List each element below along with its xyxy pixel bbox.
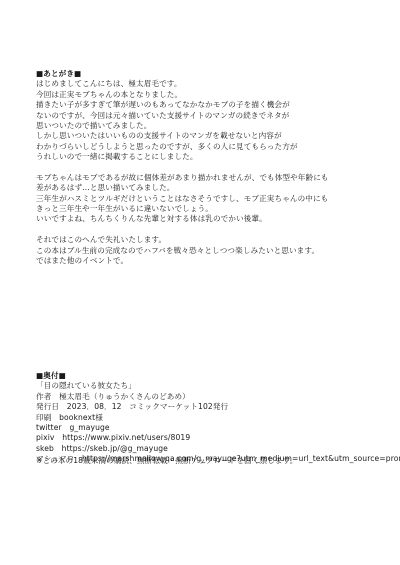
colophon-section: ■奥付■ 「目の隠れている彼女たち」 作者 極太眉毛（りゅうかくさんのどあめ） …: [36, 371, 400, 465]
afterword-line: ないのですが、今回は元々描いていた支援サイトのマンガの続きでネタが: [36, 111, 329, 121]
afterword-line: うれしいので一緒に掲載することにしました。: [36, 152, 329, 162]
printer-line: 印刷 booknext様: [36, 413, 400, 423]
author-line: 作者 極太眉毛（りゅうかくさんのどあめ）: [36, 392, 400, 402]
skeb-line: skeb https://skeb.jp/@g_mayuge: [36, 444, 400, 454]
copyright-notice-section: ※この本の18歳未満の購読、無断転載・無断アップロードを固く禁じます。: [36, 456, 297, 466]
paragraph-gap: [36, 225, 329, 235]
afterword-section: ■あとがき■ はじめましてこんにちは、極太眉毛です。 今回は正実モブちゃんの本と…: [36, 69, 329, 266]
copyright-notice: ※この本の18歳未満の購読、無断転載・無断アップロードを固く禁じます。: [36, 456, 297, 466]
pixiv-line: pixiv https://www.pixiv.net/users/8019: [36, 433, 400, 443]
twitter-line: twitter g_mayuge: [36, 423, 400, 433]
afterword-line: いいですよね、ちんちくりんな先輩と対する体は乳のでかい後輩。: [36, 214, 329, 224]
afterword-line: わかりづらいしどうしようと思ったのですが、多くの人に見てもらった方が: [36, 142, 329, 152]
afterword-line: きっと三年生や一年生がいるに違いないでしょう。: [36, 204, 329, 214]
afterword-line: 今回は正実モブちゃんの本となりました。: [36, 90, 329, 100]
afterword-line: ではまた他のイベントで。: [36, 256, 329, 266]
afterword-line: この本はブル生前の完成なのでハフバを戦々恐々としつつ楽しみたいと思います。: [36, 246, 329, 256]
afterword-line: 差があるはず…と思い描いてみました。: [36, 183, 329, 193]
afterword-line: しかし思いついたはいいものの支援サイトのマンガを載せないと内容が: [36, 131, 329, 141]
afterword-line: はじめましてこんにちは、極太眉毛です。: [36, 79, 329, 89]
publish-date-line: 発行日 2023．08．12 コミックマーケット102発行: [36, 402, 400, 412]
afterword-heading: ■あとがき■: [36, 69, 329, 79]
colophon-heading: ■奥付■: [36, 371, 400, 381]
afterword-line: それではこのへんで失礼いたします。: [36, 235, 329, 245]
afterword-line: 思いついたので描いてみました。: [36, 121, 329, 131]
afterword-line: モブちゃんはモブであるが故に個体差があまり描かれませんが、でも体型や年齢にも: [36, 173, 329, 183]
afterword-line: 三年生がハスミとツルギだけということはなさそうですし、モブ正実ちゃんの中にも: [36, 194, 329, 204]
book-title: 「目の隠れている彼女たち」: [36, 381, 400, 391]
paragraph-gap: [36, 163, 329, 173]
afterword-line: 描きたい子が多すぎて筆が遅いのもあってなかなかモブの子を描く機会が: [36, 100, 329, 110]
